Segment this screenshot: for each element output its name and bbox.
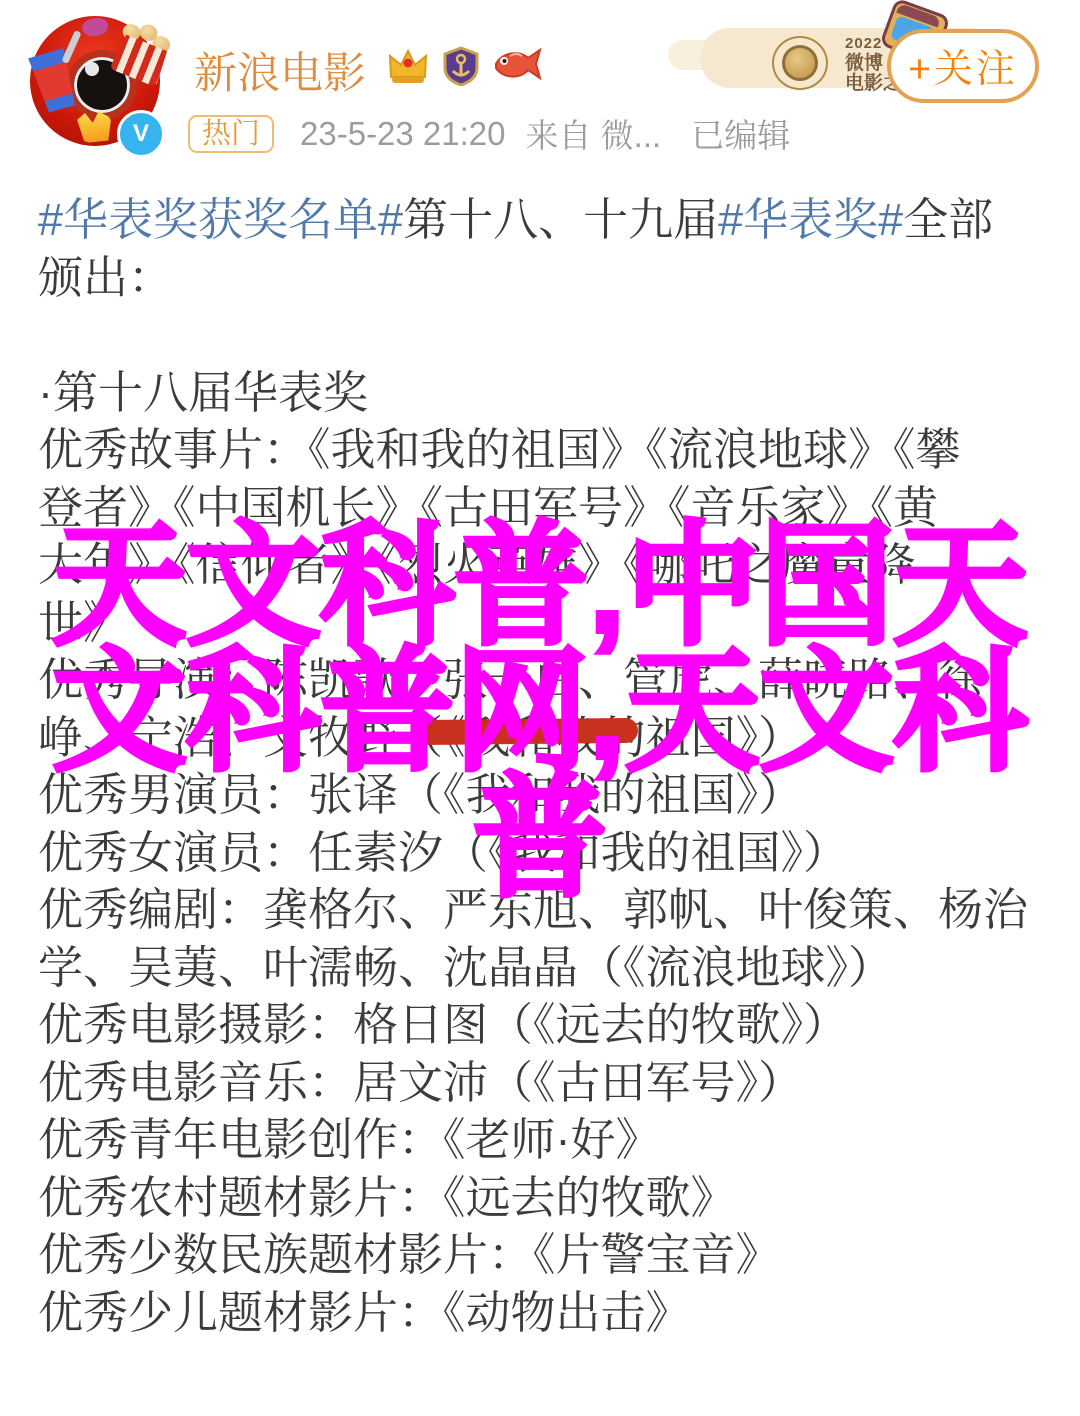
content-line: 优秀少数民族题材影片：《片警宝音》	[38, 1226, 1048, 1284]
content-line: 优秀女演员：任素汐（《我和我的祖国》）	[38, 824, 1048, 882]
content-line-hashtags: #华表奖获奖名单#第十八、十九届#华表奖#全部	[38, 191, 1048, 249]
edited-label: 已编辑	[691, 110, 790, 157]
hashtag-link[interactable]: #华表奖#	[718, 194, 903, 245]
content-line: ·第十八届华表奖	[38, 364, 1048, 422]
content-line: 大年》《信仰者》《烈火英雄》《哪吒之魔童降	[38, 536, 1048, 594]
hashtag-link[interactable]: #华表奖获奖名单#	[38, 194, 403, 245]
content-line: 登者》《中国机长》《古田军号》《音乐家》《黄	[38, 479, 1048, 537]
plain-text: 第十八、十九届	[403, 194, 718, 245]
content-line: 优秀编剧：龚格尔、严东旭、郭帆、叶俊策、杨治	[38, 881, 1048, 939]
eye-glint	[85, 62, 99, 76]
verified-badge-icon: V	[117, 110, 165, 158]
crown-badge-icon[interactable]	[386, 46, 430, 86]
content-line: 学、吴荑、叶濡畅、沈晶晶（《流浪地球》）	[38, 939, 1048, 997]
author-name[interactable]: 新浪电影	[194, 40, 366, 101]
hot-tag: 热门	[188, 115, 274, 153]
content-line: 优秀导演：陈凯歌、张一白、管虎、薛晓路、徐	[38, 651, 1048, 709]
plain-text: 全部	[903, 194, 993, 245]
vip-badge-row[interactable]	[386, 46, 544, 86]
content-line: 优秀农村题材影片：《远去的牧歌》	[38, 1169, 1048, 1227]
content-line: 优秀故事片：《我和我的祖国》《流浪地球》《攀	[38, 421, 1048, 479]
content-line: 优秀电影摄影：格日图（《远去的牧歌》）	[38, 996, 1048, 1054]
koi-fish-badge-icon[interactable]	[492, 46, 544, 86]
content-line: 优秀少儿题材影片：《动物出击》	[38, 1284, 1048, 1342]
content-line: 优秀电影音乐：居文沛（《古田军号》）	[38, 1054, 1048, 1112]
content-line-blank	[38, 306, 1048, 364]
gold-coin-icon	[772, 36, 828, 90]
post-meta: 热门 23-5-23 21:20 来自 微... 已编辑	[188, 110, 790, 157]
content-line: 世》	[38, 594, 1048, 652]
content-line: 优秀青年电影创作：《老师·好》	[38, 1111, 1048, 1169]
content-line: 优秀男演员：张译（《我和我的祖国》）	[38, 766, 1048, 824]
red-marker-underline	[412, 718, 638, 745]
post-source: 来自 微...	[526, 110, 662, 157]
content-line: 颁出：	[38, 249, 1048, 307]
post-content: #华表奖获奖名单#第十八、十九届#华表奖#全部 颁出： ·第十八届华表奖 优秀故…	[38, 191, 1048, 1341]
timestamp: 23-5-23 21:20	[300, 115, 506, 153]
follow-button[interactable]: +关注	[887, 29, 1039, 103]
anchor-shield-badge-icon[interactable]	[442, 46, 480, 86]
